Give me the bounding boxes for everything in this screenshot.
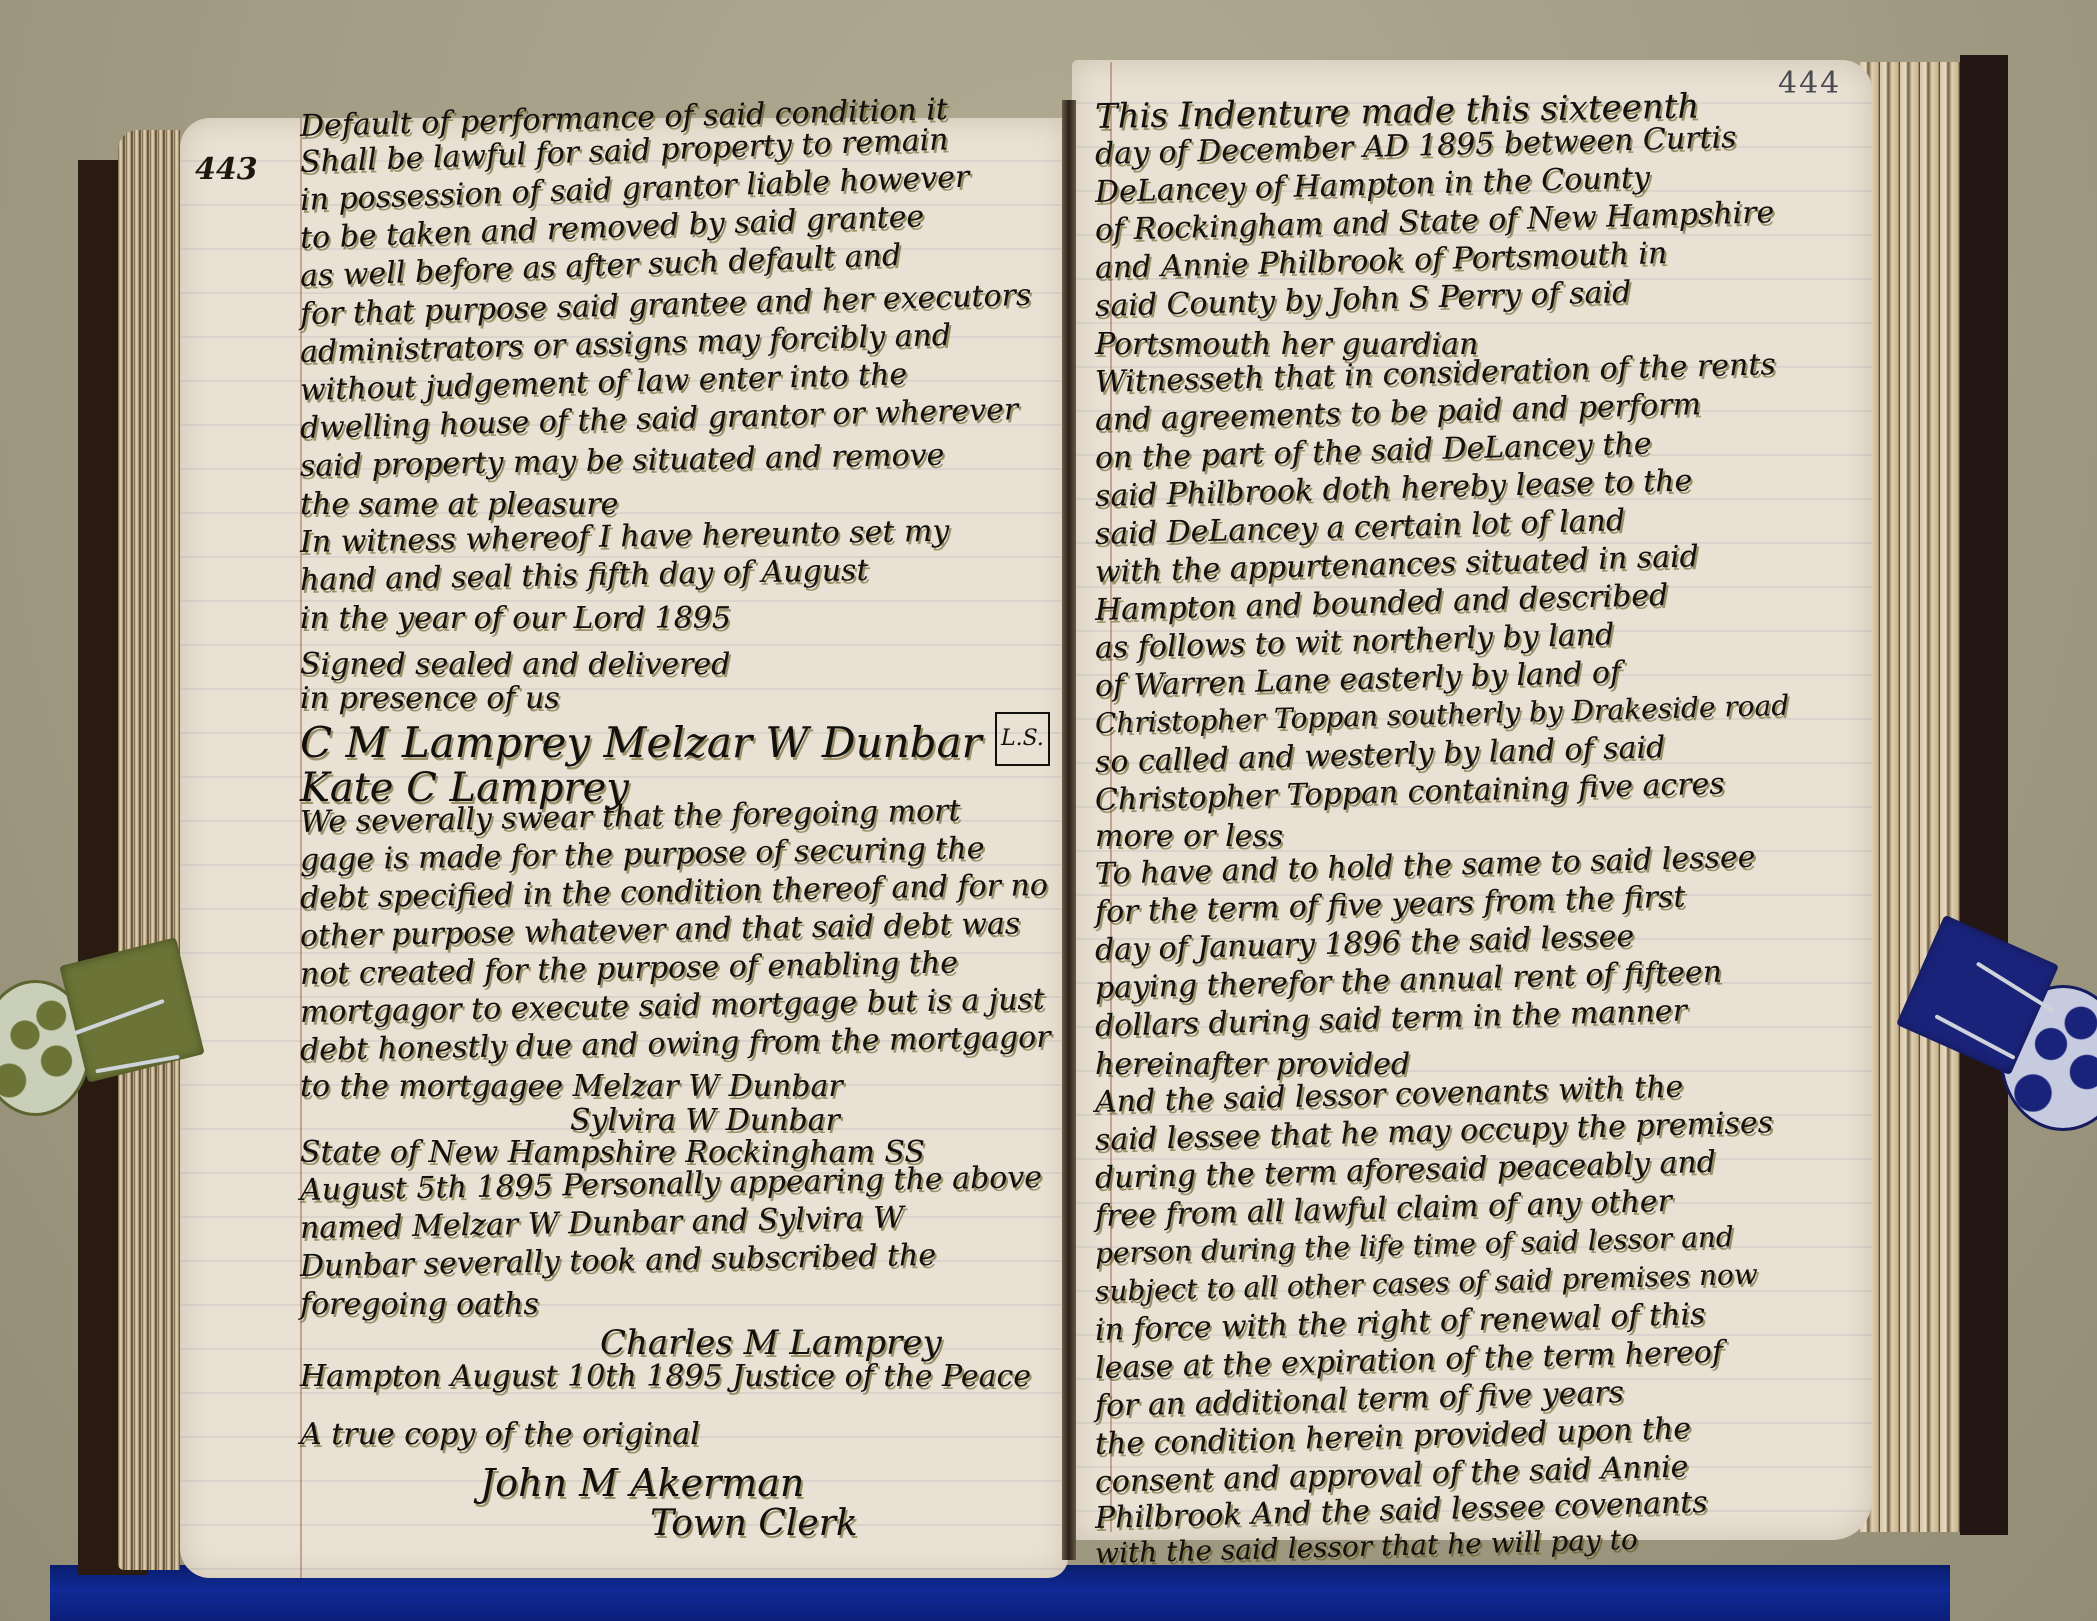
handwritten-line: more or less [1095, 822, 1283, 852]
handwritten-line: foregoing oaths [300, 1290, 539, 1320]
handwritten-line: in presence of us [300, 684, 560, 714]
book-cover-right [1960, 55, 2008, 1535]
signature-line: Town Clerk [650, 1506, 858, 1542]
page-edges-left [118, 130, 180, 1570]
handwritten-line: hereinafter provided [1095, 1050, 1410, 1080]
signature-line: Charles M Lamprey [600, 1326, 942, 1360]
handwritten-line: in the year of our Lord 1895 [300, 604, 731, 634]
green-binder-clip[interactable] [0, 950, 210, 1110]
book-gutter [1062, 100, 1076, 1560]
page-edges-right [1860, 62, 1960, 1532]
handwritten-line: Hampton August 10th 1895 Justice of the … [300, 1362, 1031, 1392]
seal-mark: L.S. [995, 712, 1050, 766]
handwritten-line: to the mortgagee Melzar W Dunbar [300, 1072, 843, 1102]
signature-line: John M Akerman [480, 1464, 804, 1502]
signature-line: C M Lamprey Melzar W Dunbar [300, 722, 982, 764]
handwritten-line: the same at pleasure [300, 490, 618, 520]
handwritten-line: A true copy of the original [300, 1420, 700, 1450]
page-number-444: 444 [1778, 66, 1841, 101]
handwritten-line: Signed sealed and delivered [300, 650, 730, 680]
page-number-443: 443 [195, 152, 258, 187]
signature-line: Sylvira W Dunbar [570, 1106, 840, 1136]
blue-binder-clip[interactable] [1895, 910, 2097, 1130]
